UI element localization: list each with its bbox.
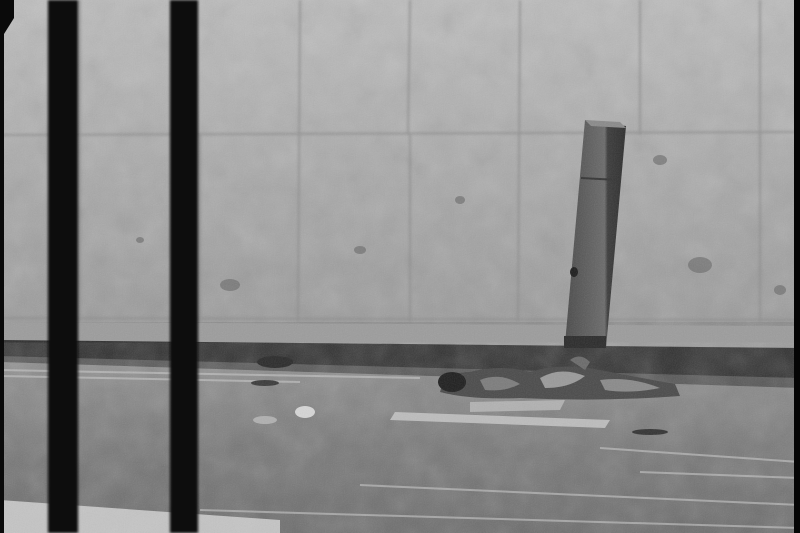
photo-canvas — [0, 0, 800, 533]
photo-scene: Black-and-white photograph viewed throug… — [0, 0, 800, 533]
